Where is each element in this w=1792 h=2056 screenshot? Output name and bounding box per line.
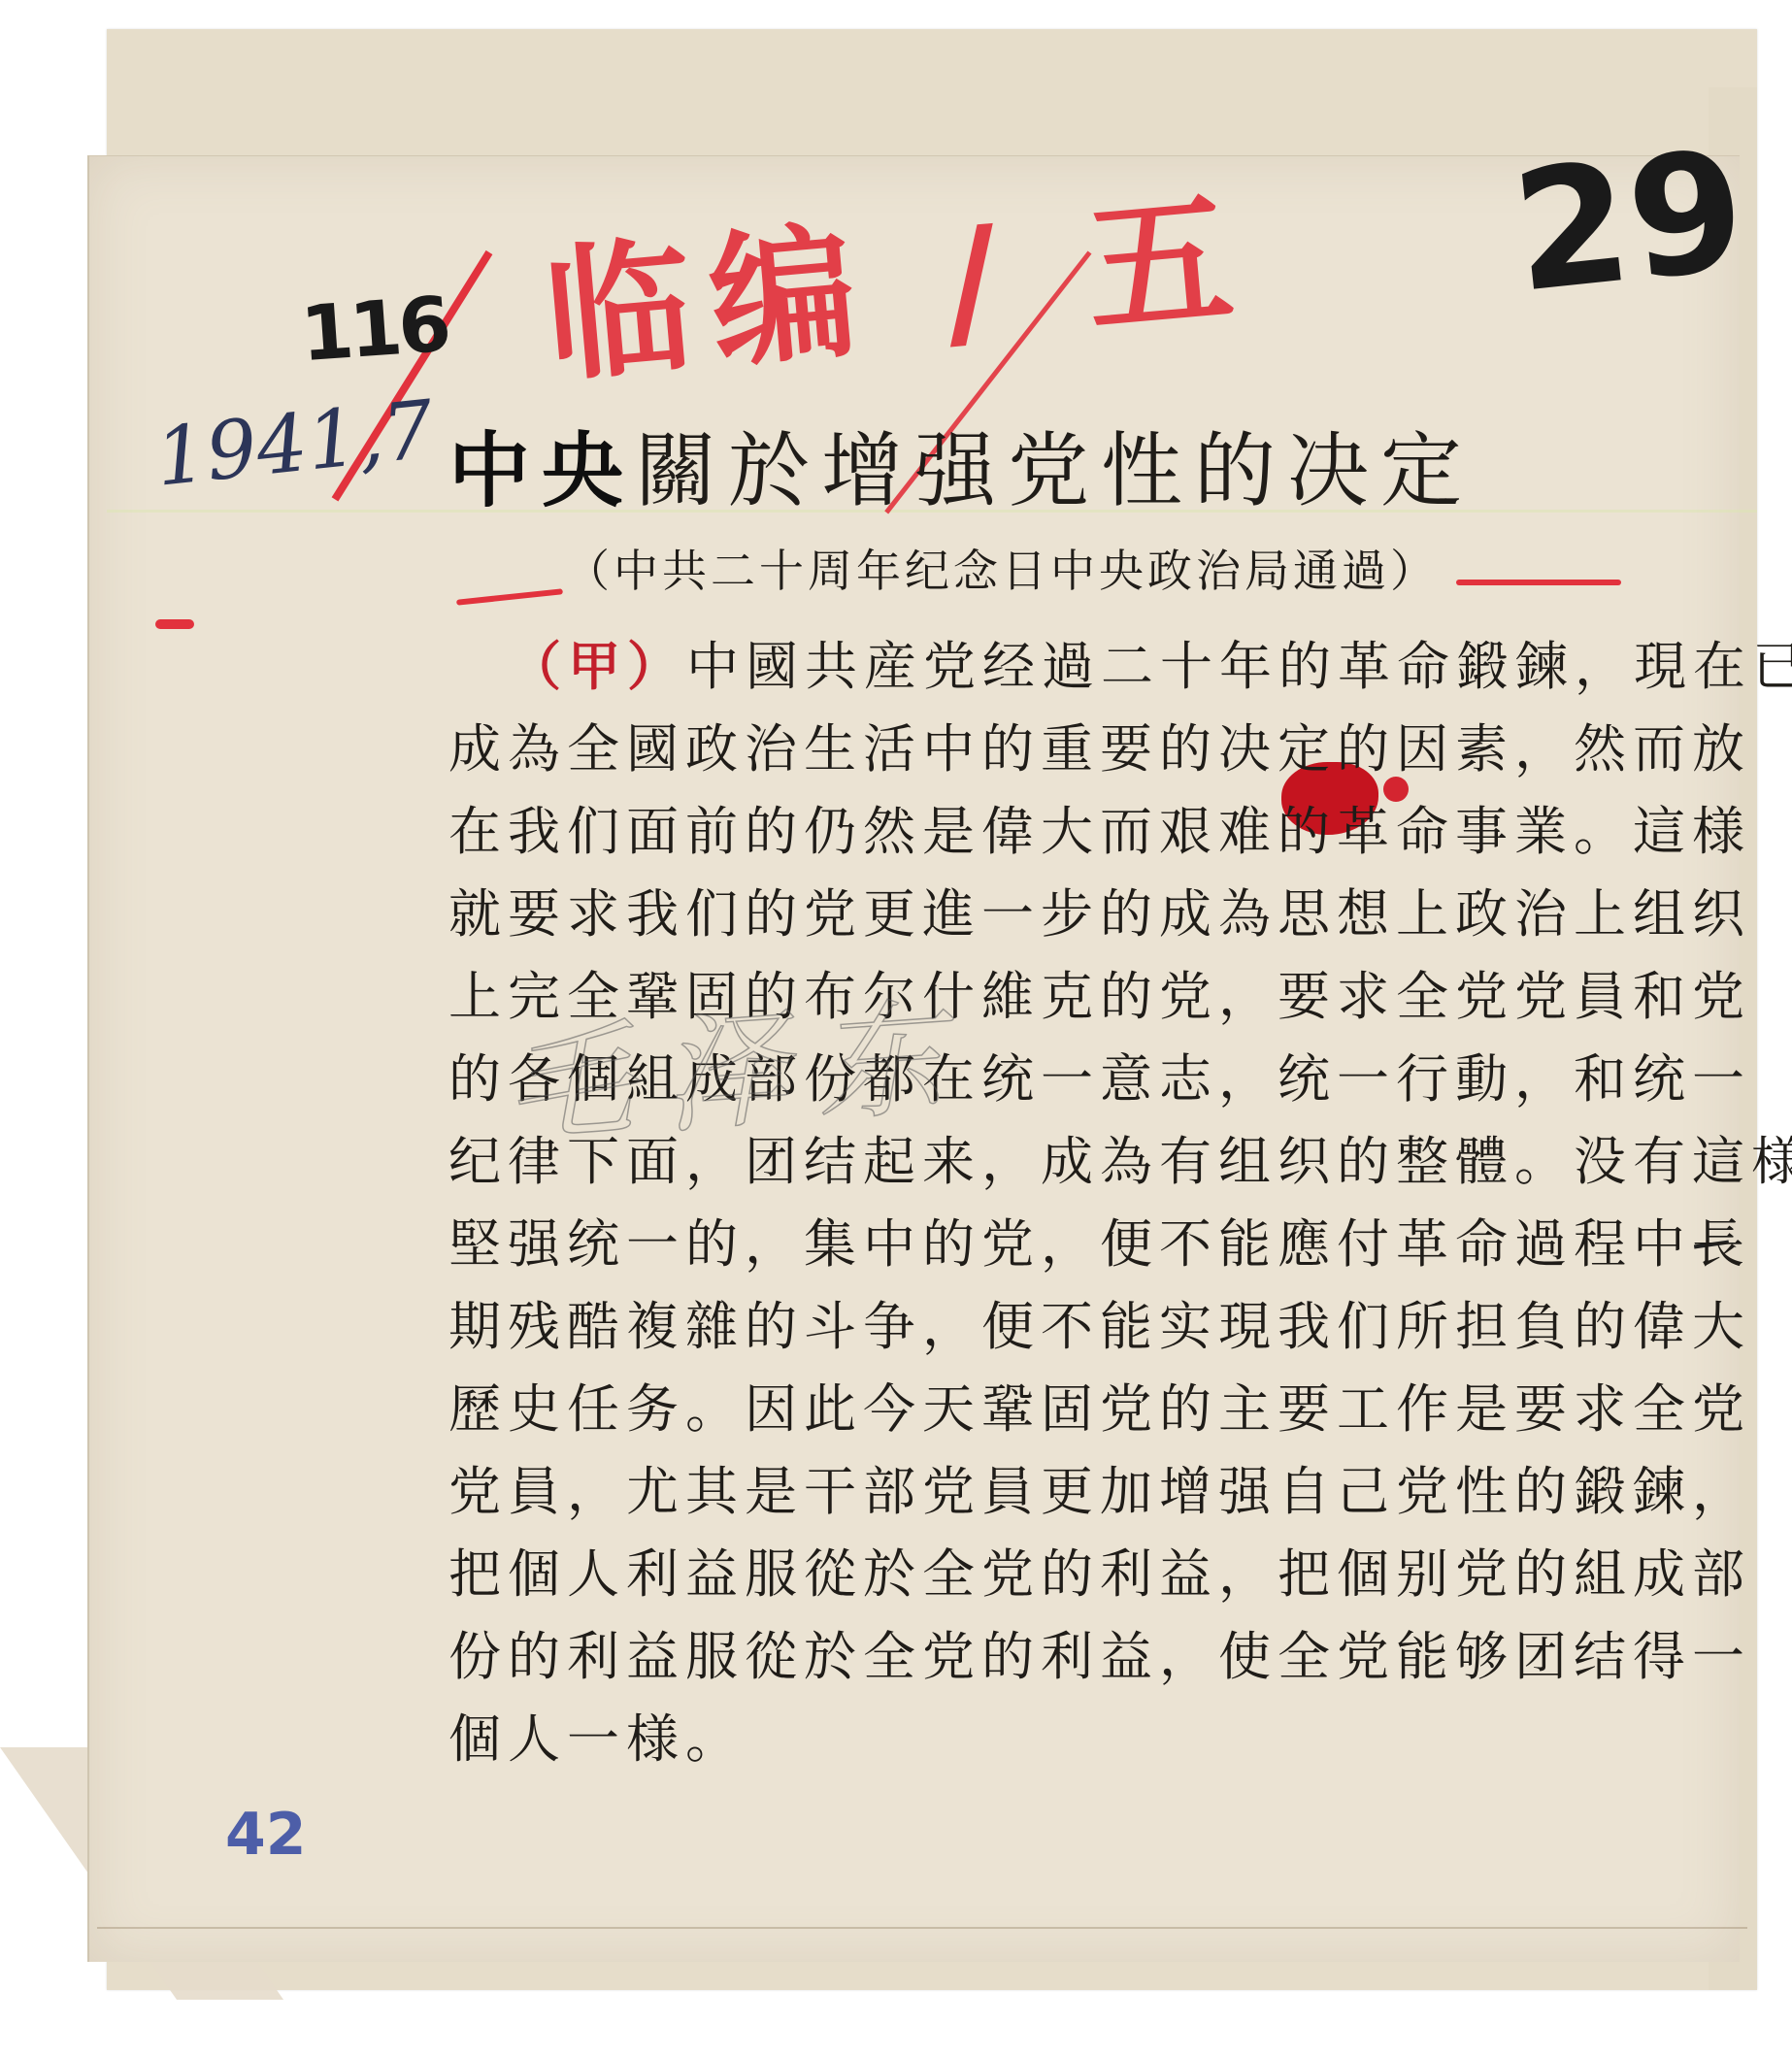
body-line: 党員，尤其是干部党員更加增强自己党性的鍛鍊， <box>448 1450 1672 1533</box>
body-line: 歷史任务。因此今天鞏固党的主要工作是要求全党 <box>448 1368 1672 1450</box>
document-subtitle: （中共二十周年纪念日中央政治局通過） <box>565 532 1672 610</box>
bottom-crease <box>97 1927 1747 1929</box>
body-line: 堅强统一的，集中的党，便不能應付革命過程中長 <box>448 1203 1672 1285</box>
document-text: 中央關於增强党性的决定 （中共二十周年纪念日中央政治局通過） （甲）中國共産党经… <box>448 417 1672 1780</box>
body-line: 期残酷複雜的斗争，便不能实現我们所担負的偉大 <box>448 1285 1672 1368</box>
blue-pencil-mark: 42 <box>225 1801 307 1869</box>
document-title: 中央關於增强党性的决定 <box>448 417 1672 524</box>
body-line: 上完全鞏固的布尔什維克的党，要求全党党員和党 <box>448 955 1672 1038</box>
body-line: 把個人利益服從於全党的利益，把個别党的組成部 <box>448 1533 1672 1615</box>
title-bold-part: 中央 <box>448 422 635 518</box>
body-line: （甲）中國共産党经過二十年的革命鍛鍊，現在已 <box>448 625 1672 708</box>
body-line: 成為全國政治生活中的重要的决定的因素，然而放 <box>448 708 1672 790</box>
document-body: （甲）中國共産党经過二十年的革命鍛鍊，現在已 成為全國政治生活中的重要的决定的因… <box>448 625 1672 1780</box>
body-line: 就要求我们的党更進一步的成為思想上政治上组织 <box>448 873 1672 955</box>
body-line: 的各個組成部份都在统一意志，统一行動，和统一 <box>448 1038 1672 1120</box>
title-rest: 關於增强党性的决定 <box>635 423 1474 518</box>
body-line: 個人一様。 <box>448 1698 1672 1780</box>
body-line: 在我们面前的仍然是偉大而艰难的革命事業。這様 <box>448 790 1672 873</box>
body-line: 份的利益服從於全党的利益，使全党能够团结得一 <box>448 1615 1672 1698</box>
archive-number: 116 <box>298 282 450 379</box>
red-margin-mark <box>155 619 194 629</box>
section-mark: （甲） <box>509 635 686 697</box>
corner-page-mark: 29 <box>1505 115 1753 330</box>
body-line: 纪律下面，团结起来，成為有组织的整體。没有這様 <box>448 1120 1672 1203</box>
